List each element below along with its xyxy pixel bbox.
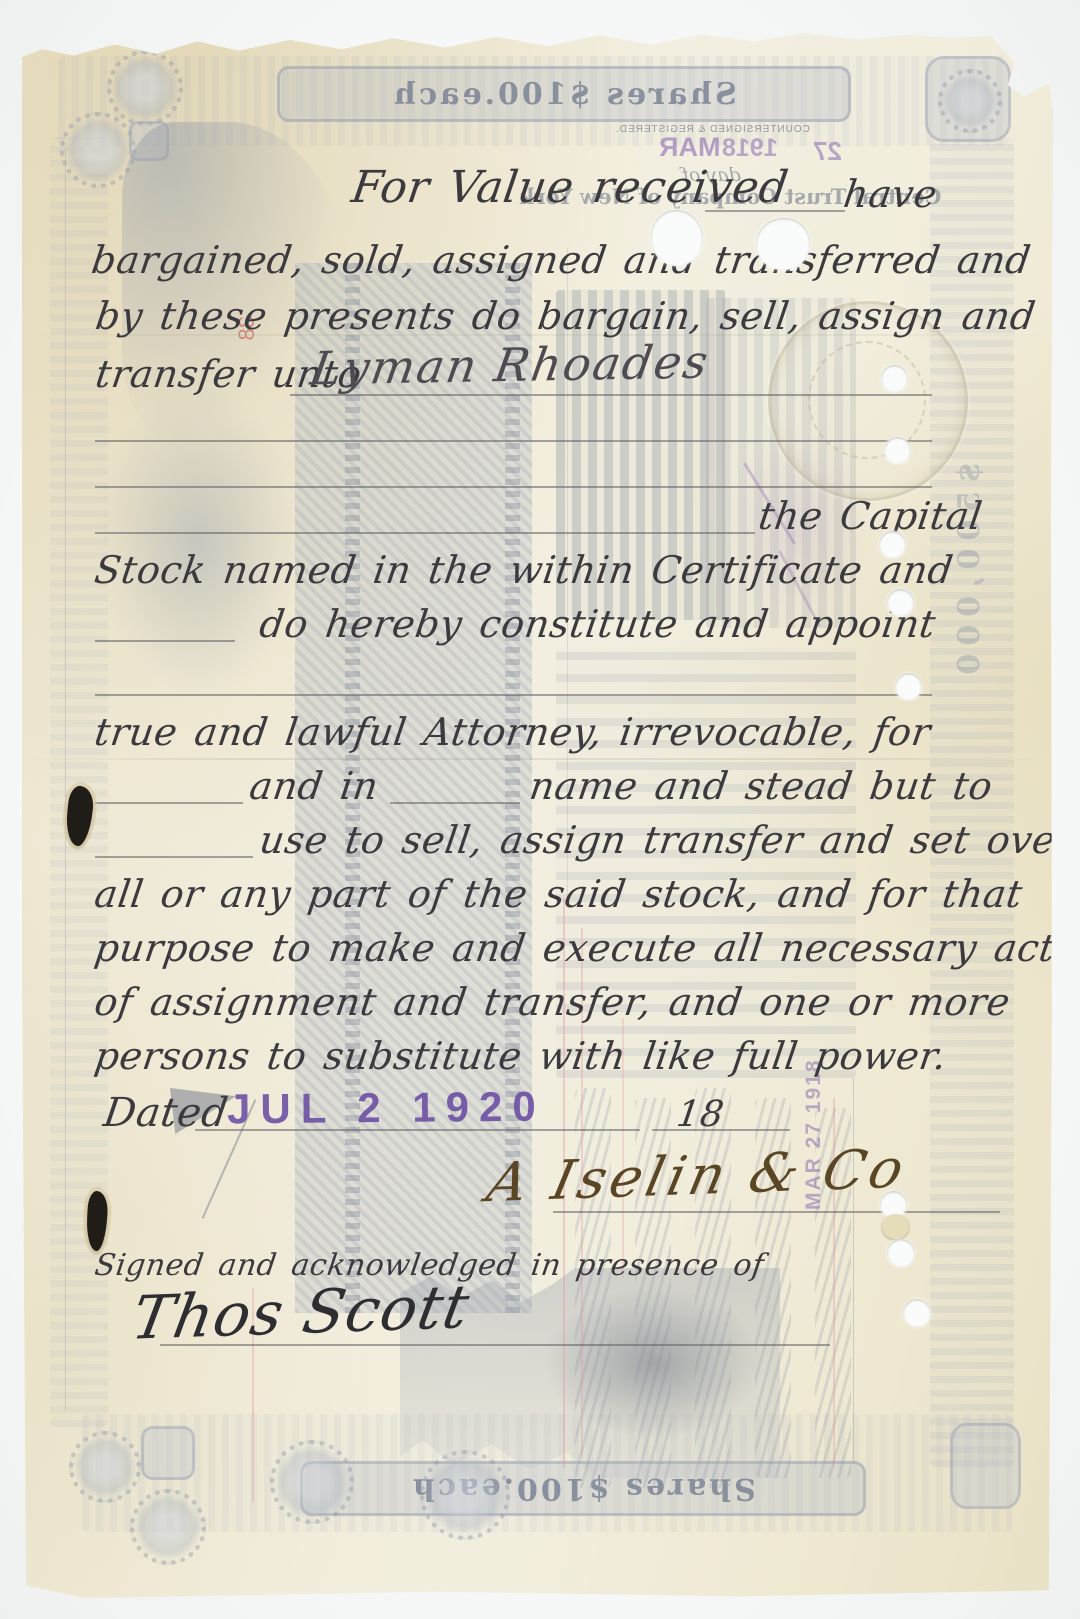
punch-hole-small-8 (903, 1299, 931, 1327)
punch-hole-large-2 (756, 218, 810, 270)
punch-hole-small-1 (881, 365, 908, 392)
punch-hole-small-5 (895, 673, 922, 700)
punch-hole-large-1 (651, 210, 703, 266)
punch-hole-small-4 (887, 589, 914, 616)
punch-hole-small-2 (884, 437, 911, 464)
punch-holes-layer (22, 32, 1053, 1598)
punch-chad (882, 1214, 909, 1239)
certificate-paper: Shares $100.each Shares $100.each (22, 32, 1053, 1598)
punch-hole-small-3 (879, 531, 906, 558)
punch-hole-small-7 (887, 1239, 915, 1267)
photo-background: Shares $100.each Shares $100.each (0, 0, 1080, 1619)
